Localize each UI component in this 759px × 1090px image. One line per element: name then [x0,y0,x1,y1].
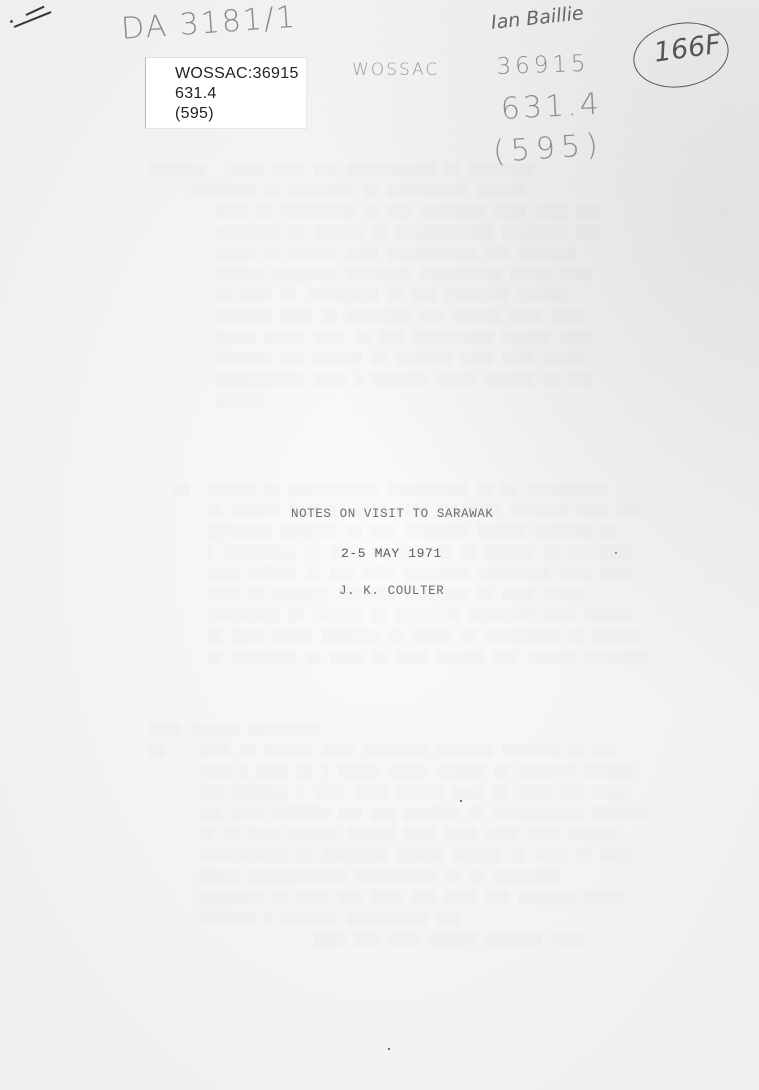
bleed-through-text-top: ░░░░░░░ ░░░░ ░░░░ ░░░ ░░░░░░░░░░░ ░░ ░░░… [150,160,719,412]
stray-mark [388,1048,390,1050]
handwritten-name: Ian Baillie [490,2,585,34]
archive-label-class: 631.4 [175,85,217,103]
stray-mark [615,552,617,554]
archive-label: WOSSAC:36915 631.4 (595) [145,57,307,129]
document-page: ░░░░░░░ ░░░░ ░░░░ ░░░ ░░░░░░░░░░░ ░░ ░░░… [0,0,759,1090]
handwritten-number: 36915 [496,51,590,80]
archive-label-id: WOSSAC:36915 [175,65,299,83]
stray-mark [460,800,462,802]
document-date: 2-5 MAY 1971 [341,546,442,561]
archive-label-ref: (595) [175,105,214,123]
bleed-through-text-bottom: ░░░░ ░░░░░░ ░░░░░░░░░ ░░ ░░░░ ░░ ░░░░░░ … [150,720,719,951]
document-author: J. K. COULTER [339,584,444,598]
handwritten-wossac: WOSSAC [352,60,439,80]
document-title: NOTES ON VISIT TO SARAWAK [291,507,494,521]
handwritten-class: 631.4 [500,87,603,127]
handwritten-reference-code: DA 3181/1 [120,0,298,47]
